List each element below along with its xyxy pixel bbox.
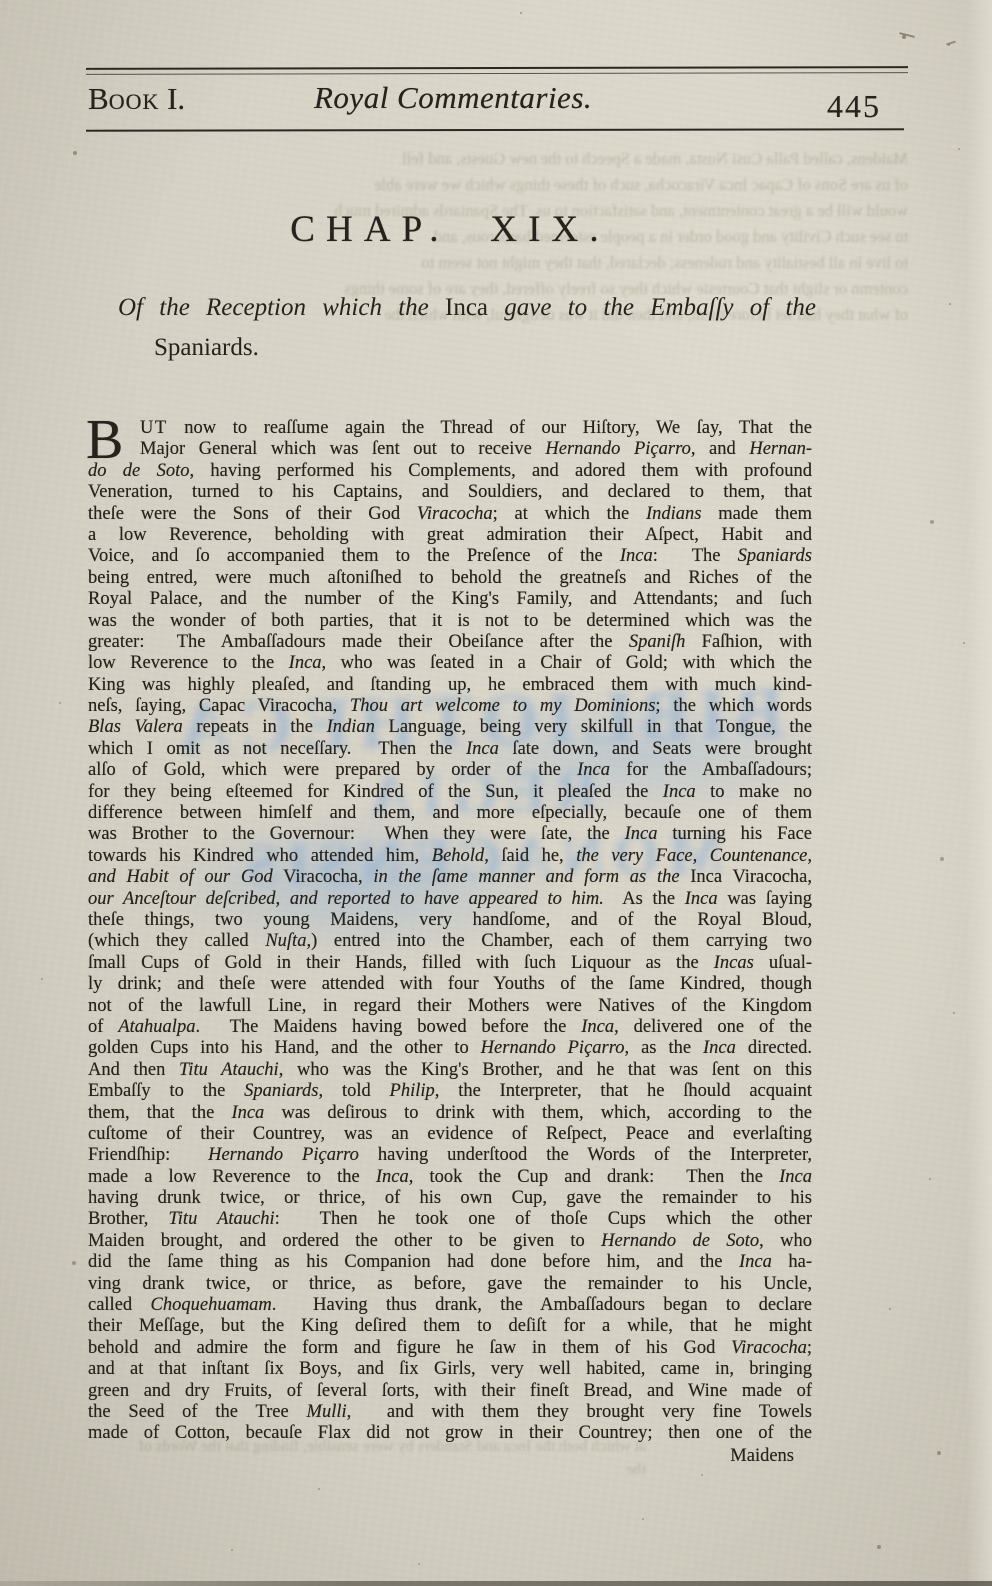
body-line: a low Reverence, beholding with great ad… — [88, 525, 812, 546]
body-line: was Brother to the Governour: When they … — [88, 824, 812, 845]
body-line: cuſtome of their Countrey, was an eviden… — [88, 1124, 812, 1145]
body-line: Blas Valera repeats in the Indian Langua… — [88, 717, 812, 738]
book-number: I. — [159, 81, 185, 116]
body-line: alſo of Gold, which were prepared by ord… — [88, 760, 812, 781]
body-line: of Atahualpa. The Maidens having bowed b… — [88, 1017, 812, 1038]
body-line: theſe things, two young Maidens, very ha… — [88, 910, 812, 931]
body-line: made a low Reverence to the Inca, took t… — [88, 1167, 812, 1188]
body-line: greater: The Ambaſſadours made their Obe… — [88, 632, 812, 653]
chapter-heading: CHAP. XIX. — [88, 208, 812, 251]
header-double-rule — [86, 72, 908, 75]
body-line: having drunk twice, or thrice, of his ow… — [88, 1188, 812, 1209]
body-line: our Anceſtour deſcribed, and reported to… — [88, 889, 812, 910]
body-line: ly drink; and theſe were attended with f… — [88, 974, 812, 995]
body-line: Brother, Titu Atauchi: Then he took one … — [88, 1209, 812, 1230]
body-line: them, that the Inca was deſirous to drin… — [88, 1103, 812, 1124]
body-line: behold and admire the form and figure he… — [88, 1338, 812, 1359]
body-line: Embaſſy to the Spaniards, told Philip, t… — [88, 1081, 812, 1102]
header-double-rule — [86, 66, 908, 70]
book-page-scan: Maidens, called Palla Cusi Nusta, made a… — [0, 0, 992, 1586]
paper-edge-right — [966, 0, 992, 1586]
body-line: low Reverence to the Inca, who was ſeate… — [88, 653, 812, 674]
body-line: for they being eſteemed for Kindred of t… — [88, 782, 812, 803]
scan-edge-bottom — [0, 1581, 992, 1586]
body-line: and Habit of our God Viracocha, in the ſ… — [88, 867, 812, 888]
body-line: not of the lawfull Line, in regard their… — [88, 996, 812, 1017]
body-line: And then Titu Atauchi, who was the King'… — [88, 1060, 812, 1081]
body-line: ving drank twice, or thrice, as before, … — [88, 1274, 812, 1295]
body-line: their Meſſage, but the King deſired them… — [88, 1316, 812, 1337]
body-line: the Seed of the Tree Mulli, and with the… — [88, 1402, 812, 1423]
body-line: Voice, and ſo accompanied them to the Pr… — [88, 546, 812, 567]
paper-specks — [0, 0, 2, 2]
body-text-column: UT now to reaſſume again the Thread of o… — [88, 418, 812, 1467]
pen-mark — [899, 32, 915, 38]
body-line: and at that inſtant ſix Boys, and ſix Gi… — [88, 1359, 812, 1380]
ghost-line: of us are Sons of Capac Inca Viracocha, … — [86, 175, 908, 201]
page-number: 445 — [827, 88, 881, 125]
book-smallcaps: ook — [109, 81, 160, 116]
body-line: neſs, ſaying, Capac Viracocha, Thou art … — [88, 696, 812, 717]
body-line: Major General which was ſent out to rece… — [88, 439, 812, 460]
ghost-line: Maidens, called Palla Cusi Nusta, made a… — [86, 149, 908, 175]
body-line: (which they called Nuſta,) entred into t… — [88, 931, 812, 952]
body-line: Veneration, turned to his Captains, and … — [88, 482, 812, 503]
body-line: Friendſhip: Hernando Piçarro having unde… — [88, 1145, 812, 1166]
body-line: Maiden brought, and ordered the other to… — [88, 1231, 812, 1252]
pen-mark — [946, 41, 956, 46]
running-head-book: Book I. — [88, 81, 185, 117]
body-line: golden Cups into his Hand, and the other… — [88, 1038, 812, 1059]
book-initial: B — [88, 81, 109, 116]
chapter-subtitle: Of the Reception which the Inca gave to … — [88, 294, 816, 374]
header-rule — [86, 128, 904, 131]
body-line: green and dry Fruits, of ſeveral ſorts, … — [88, 1381, 812, 1402]
body-line: which I omit as not neceſſary. Then the … — [88, 739, 812, 760]
body-line: towards his Kindred who attended him, Be… — [88, 846, 812, 867]
body-line: called Choquehuamam. Having thus drank, … — [88, 1295, 812, 1316]
body-line: do de Soto, having performed his Complem… — [88, 461, 812, 482]
body-line: made of Cotton, becauſe Flax did not gro… — [88, 1423, 812, 1444]
body-line: theſe were the Sons of their God Viracoc… — [88, 504, 812, 525]
body-line: being entred, were much aſtoniſhed to be… — [88, 568, 812, 589]
ghost-line: to live in all bestiality and rudeness; … — [86, 253, 908, 279]
body-line: ſmall Cups of Gold in their Hands, fille… — [88, 953, 812, 974]
body-line: difference between himſelf and them, and… — [88, 803, 812, 824]
body-line: King was highly pleaſed, and ſtanding up… — [88, 675, 812, 696]
subtitle-line: Of the Reception which the Inca gave to … — [88, 294, 816, 334]
body-line: Royal Palace, and the number of the King… — [88, 589, 812, 610]
body-line: was the wonder of both parties, that it … — [88, 611, 812, 632]
running-head-title: Royal Commentaries. — [314, 80, 592, 116]
catchword: Maidens — [88, 1446, 812, 1467]
body-lines: UT now to reaſſume again the Thread of o… — [88, 418, 812, 1445]
body-line: UT now to reaſſume again the Thread of o… — [88, 418, 812, 439]
body-line: did the ſame thing as his Companion had … — [88, 1252, 812, 1273]
subtitle-line: Spaniards. — [88, 334, 816, 374]
